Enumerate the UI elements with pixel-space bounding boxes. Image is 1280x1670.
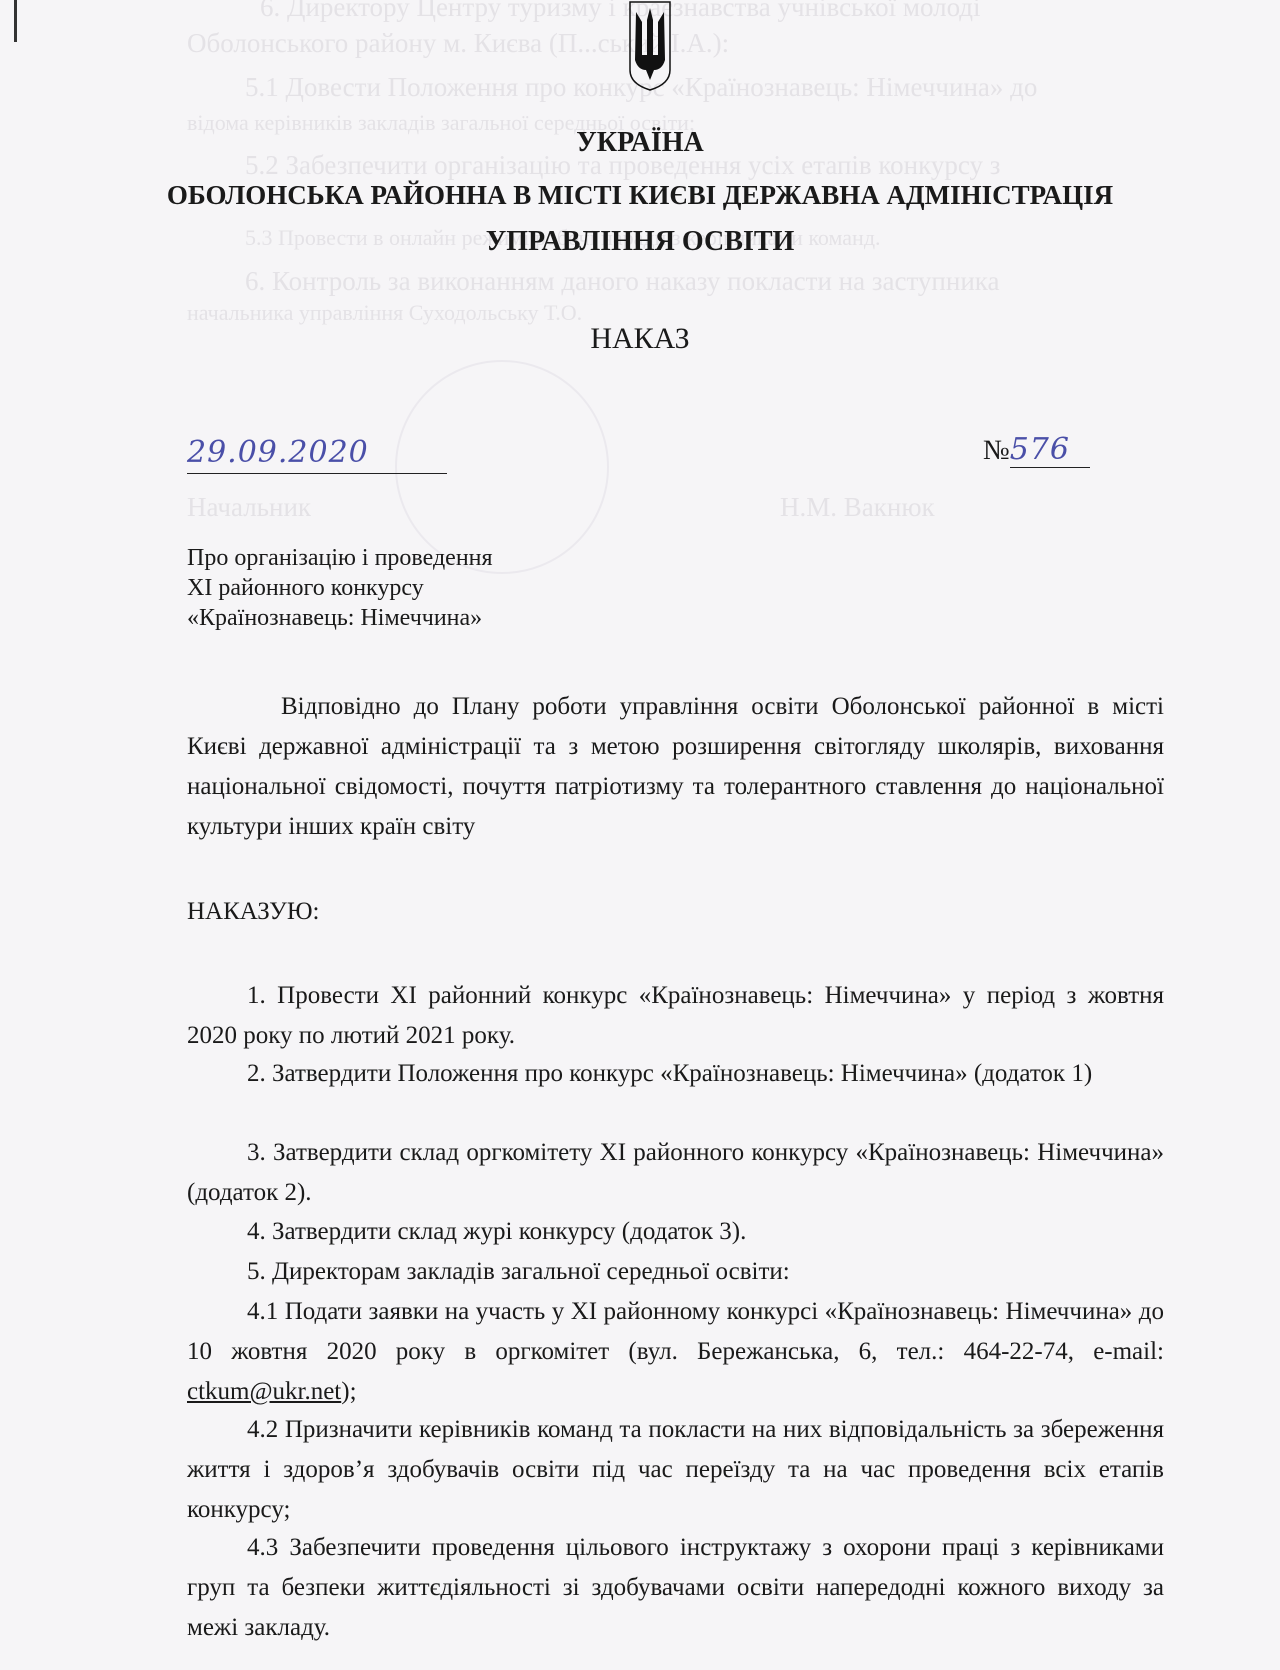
- handwritten-date: 29.09.2020: [187, 435, 369, 470]
- subject-line: XI районного конкурсу: [187, 573, 493, 603]
- order-subject: Про організацію і проведення XI районног…: [187, 543, 493, 633]
- bleed-through-text: Н.М. Вакнюк: [780, 492, 935, 523]
- bleed-through-text: 6. Контроль за виконанням даного наказу …: [245, 266, 999, 297]
- order-item-2: 2. Затвердити Положення про конкурс «Кра…: [187, 1054, 1164, 1094]
- order-item-4-2: 4.2 Призначити керівників команд та покл…: [187, 1410, 1164, 1530]
- preamble: Відповідно до Плану роботи управління ос…: [187, 687, 1164, 847]
- header-department: УПРАВЛІННЯ ОСВІТИ: [0, 226, 1280, 258]
- order-item-4-3: 4.3 Забезпечити проведення цільового інс…: [187, 1528, 1164, 1648]
- scan-edge-mark: [14, 0, 17, 42]
- subject-line: Про організацію і проведення: [187, 543, 493, 573]
- order-item-4: 4. Затвердити склад журі конкурсу (додат…: [187, 1212, 1164, 1252]
- order-item-4-1: 4.1 Подати заявки на участь у XI районно…: [187, 1292, 1164, 1412]
- bleed-through-text: 6. Директору Центру туризму і краєзнавст…: [260, 0, 981, 23]
- order-word: НАКАЗУЮ:: [187, 892, 1164, 932]
- date-field: 29.09.2020: [187, 435, 447, 474]
- order-item-5: 5. Директорам закладів загальної середнь…: [187, 1252, 1164, 1292]
- scanned-document-page: 6. Директору Центру туризму і краєзнавст…: [0, 0, 1280, 1670]
- document-type: НАКАЗ: [0, 322, 1280, 356]
- header-country: УКРАЇНА: [0, 127, 1280, 159]
- number-field: №576: [983, 432, 1090, 468]
- trident-emblem-icon: [628, 0, 672, 92]
- order-item-1: 1. Провести XI районний конкурс «Країноз…: [187, 976, 1164, 1056]
- header-administration: ОБОЛОНСЬКА РАЙОННА В МІСТІ КИЄВІ ДЕРЖАВН…: [0, 180, 1280, 211]
- item-text: 4.1 Подати заявки на участь у XI районно…: [187, 1298, 1164, 1365]
- bleed-through-text: Начальник: [187, 492, 311, 523]
- number-label: №: [983, 435, 1010, 466]
- handwritten-number: 576: [1010, 432, 1090, 468]
- email-link[interactable]: ctkum@ukr.net: [187, 1378, 341, 1405]
- item-text: );: [341, 1378, 356, 1405]
- order-item-3: 3. Затвердити склад оргкомітету XI район…: [187, 1133, 1164, 1213]
- subject-line: «Країнознавець: Німеччина»: [187, 603, 493, 633]
